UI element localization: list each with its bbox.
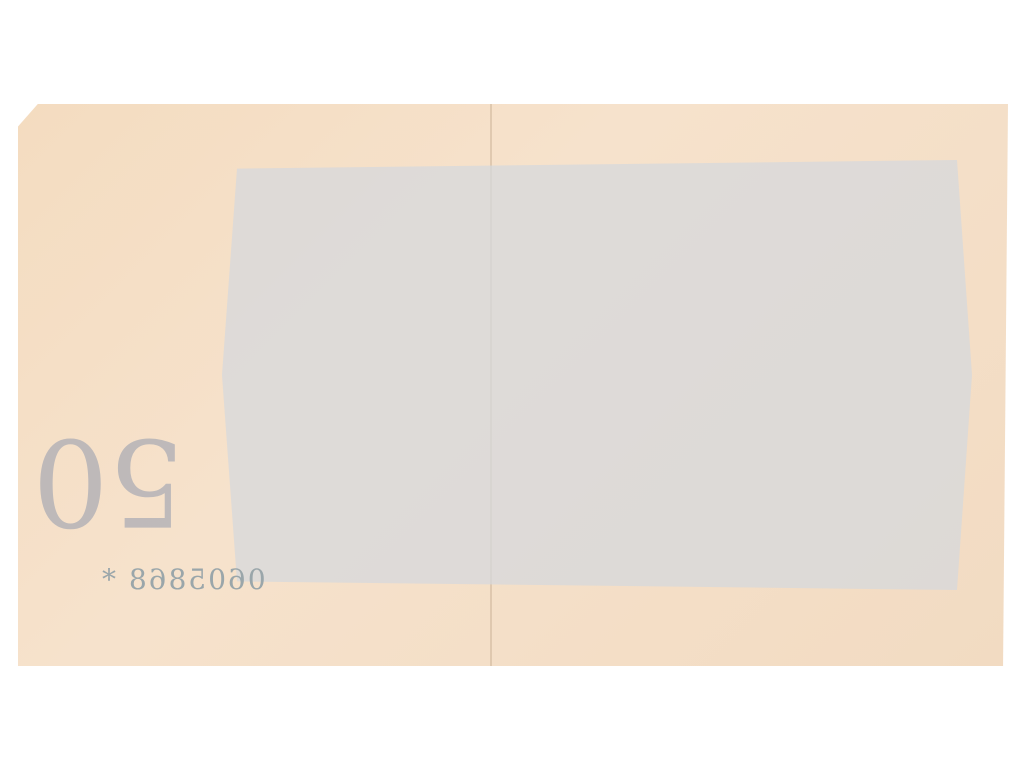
serial-number: 0605868 * — [100, 563, 266, 596]
denomination: 50 — [55, 230, 185, 530]
print-panel — [222, 160, 972, 590]
